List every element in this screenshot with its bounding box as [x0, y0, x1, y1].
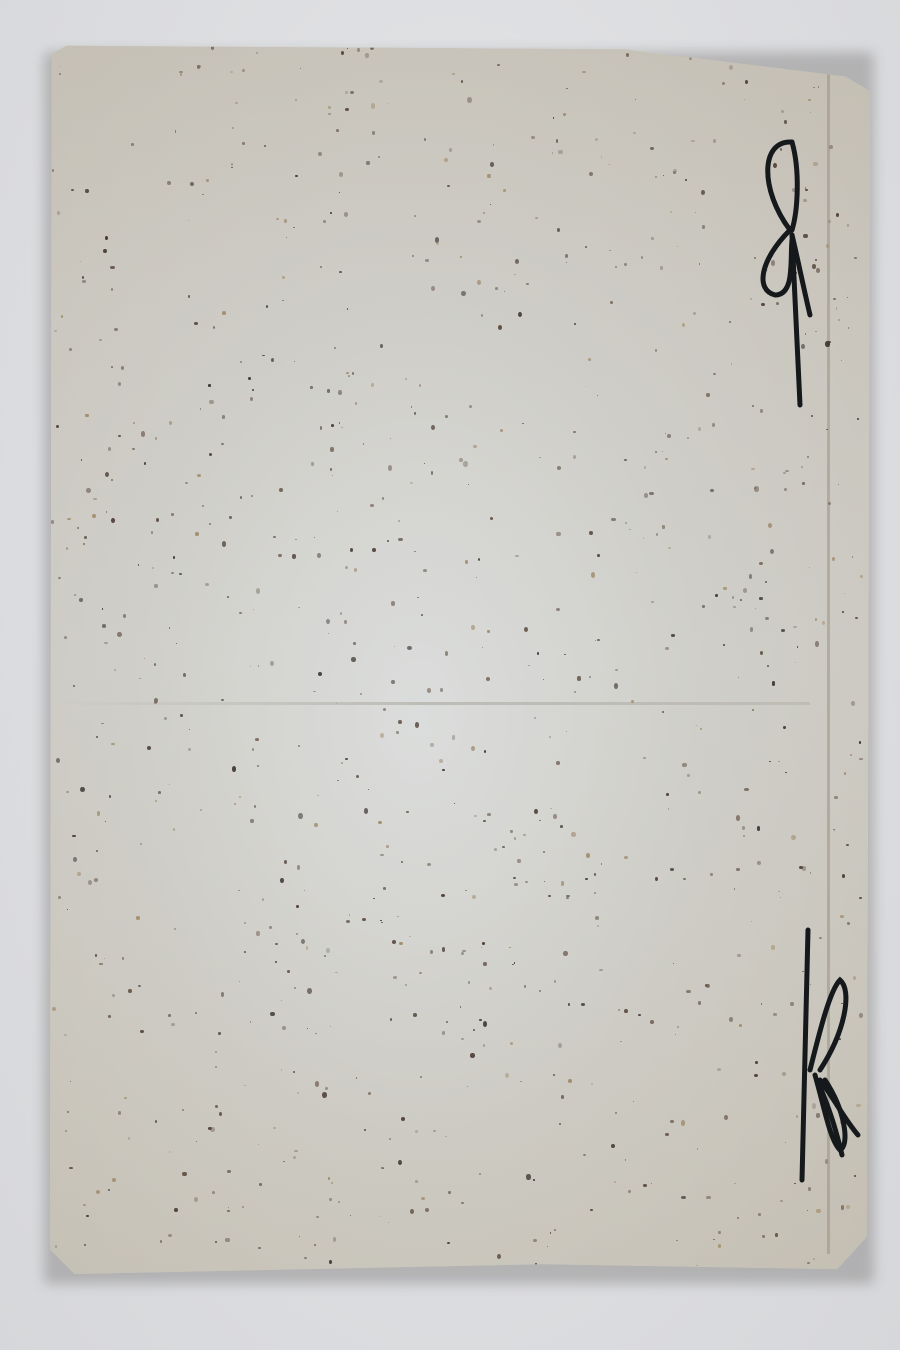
lower-string-binding-icon	[790, 910, 890, 1200]
upper-string-binding-icon	[740, 130, 850, 420]
fold-line	[50, 702, 810, 705]
